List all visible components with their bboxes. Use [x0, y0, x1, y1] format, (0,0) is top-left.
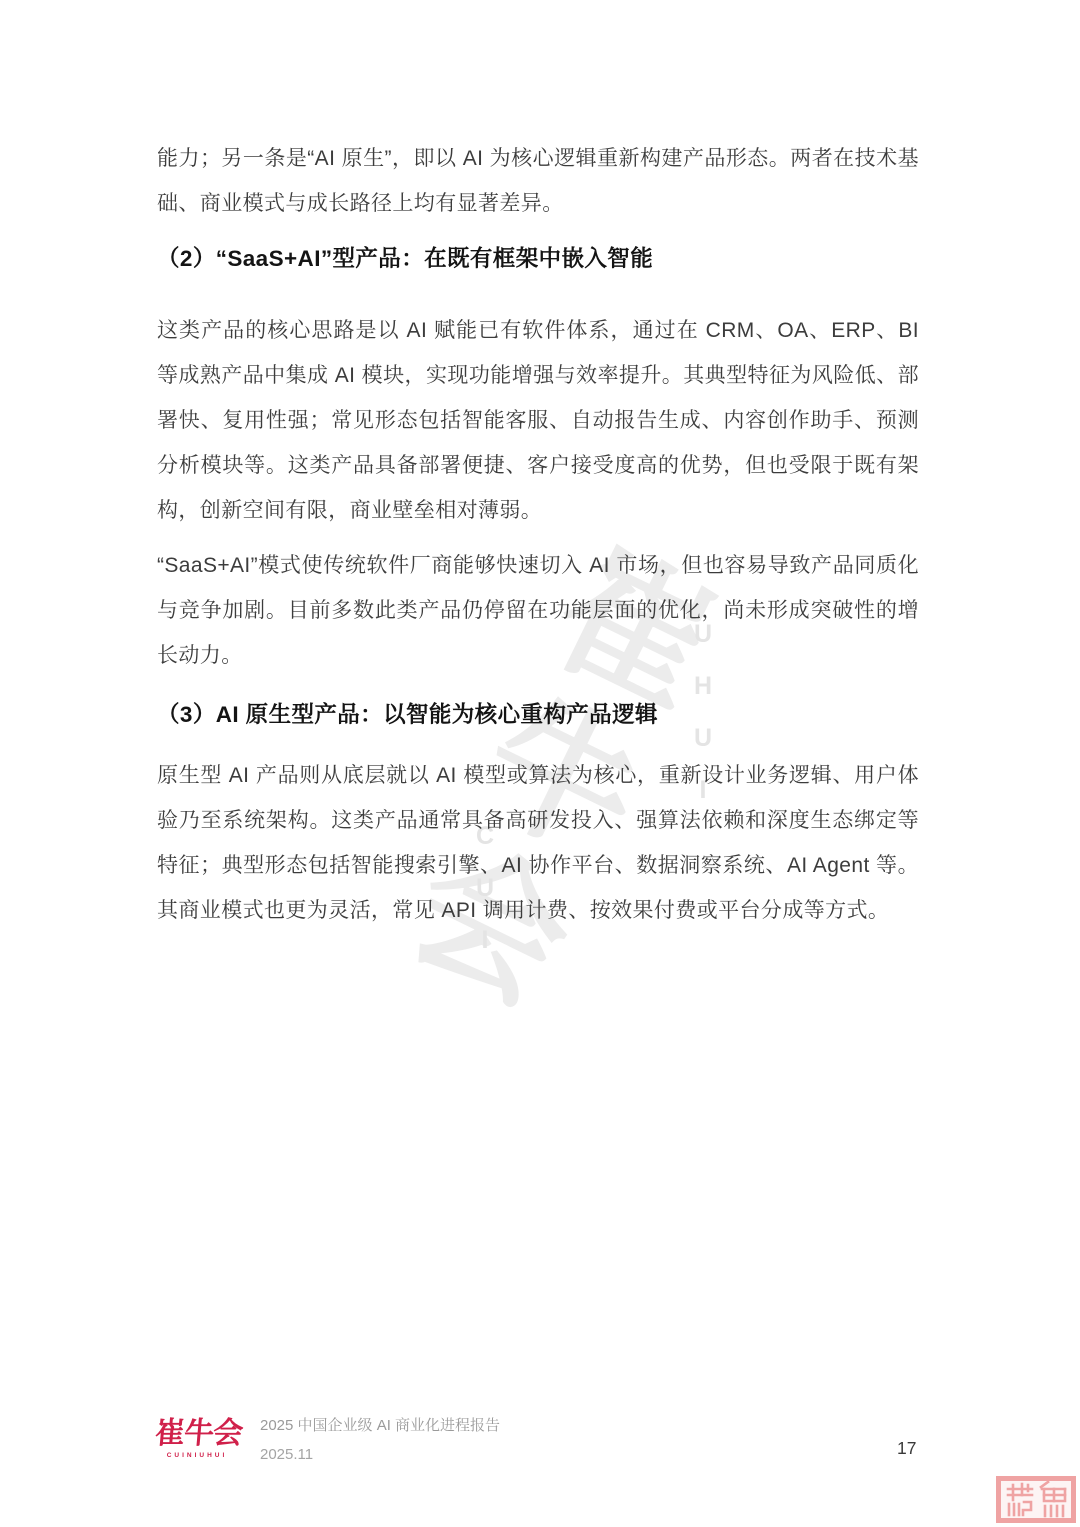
report-page: 崔牛会 UHUI CUI 能力；另一条是“AI 原生”，即以 AI 为核心逻辑重…	[0, 0, 1080, 1527]
report-date: 2025.11	[260, 1445, 500, 1465]
document-body: 能力；另一条是“AI 原生”，即以 AI 为核心逻辑重新构建产品形态。两者在技术…	[157, 136, 919, 933]
red-seal-stamp-icon	[996, 1476, 1076, 1523]
section-heading-ai-native: （3）AI 原生型产品：以智能为核心重构产品逻辑	[157, 692, 919, 737]
logo-romanization: CUINIUHUI	[155, 1452, 239, 1459]
section-heading-saas-ai: （2）“SaaS+AI”型产品：在既有框架中嵌入智能	[157, 236, 919, 281]
page-footer: 崔牛会 CUINIUHUI 2025 中国企业级 AI 商业化进程报告 2025…	[0, 1414, 1080, 1484]
footer-text-block: 2025 中国企业级 AI 商业化进程报告 2025.11	[260, 1416, 500, 1465]
page-number: 17	[897, 1438, 916, 1459]
paragraph-native-description: 原生型 AI 产品则从底层就以 AI 模型或算法为核心，重新设计业务逻辑、用户体…	[157, 753, 919, 933]
report-title: 2025 中国企业级 AI 商业化进程报告	[260, 1416, 500, 1436]
paragraph-saas-description: 这类产品的核心思路是以 AI 赋能已有软件体系，通过在 CRM、OA、ERP、B…	[157, 308, 919, 533]
paragraph-saas-limitations: “SaaS+AI”模式使传统软件厂商能够快速切入 AI 市场，但也容易导致产品同…	[157, 543, 919, 678]
logo-characters: 崔牛会	[154, 1418, 241, 1450]
cuiniuhui-logo: 崔牛会 CUINIUHUI	[155, 1418, 239, 1459]
paragraph-intro: 能力；另一条是“AI 原生”，即以 AI 为核心逻辑重新构建产品形态。两者在技术…	[157, 136, 919, 226]
